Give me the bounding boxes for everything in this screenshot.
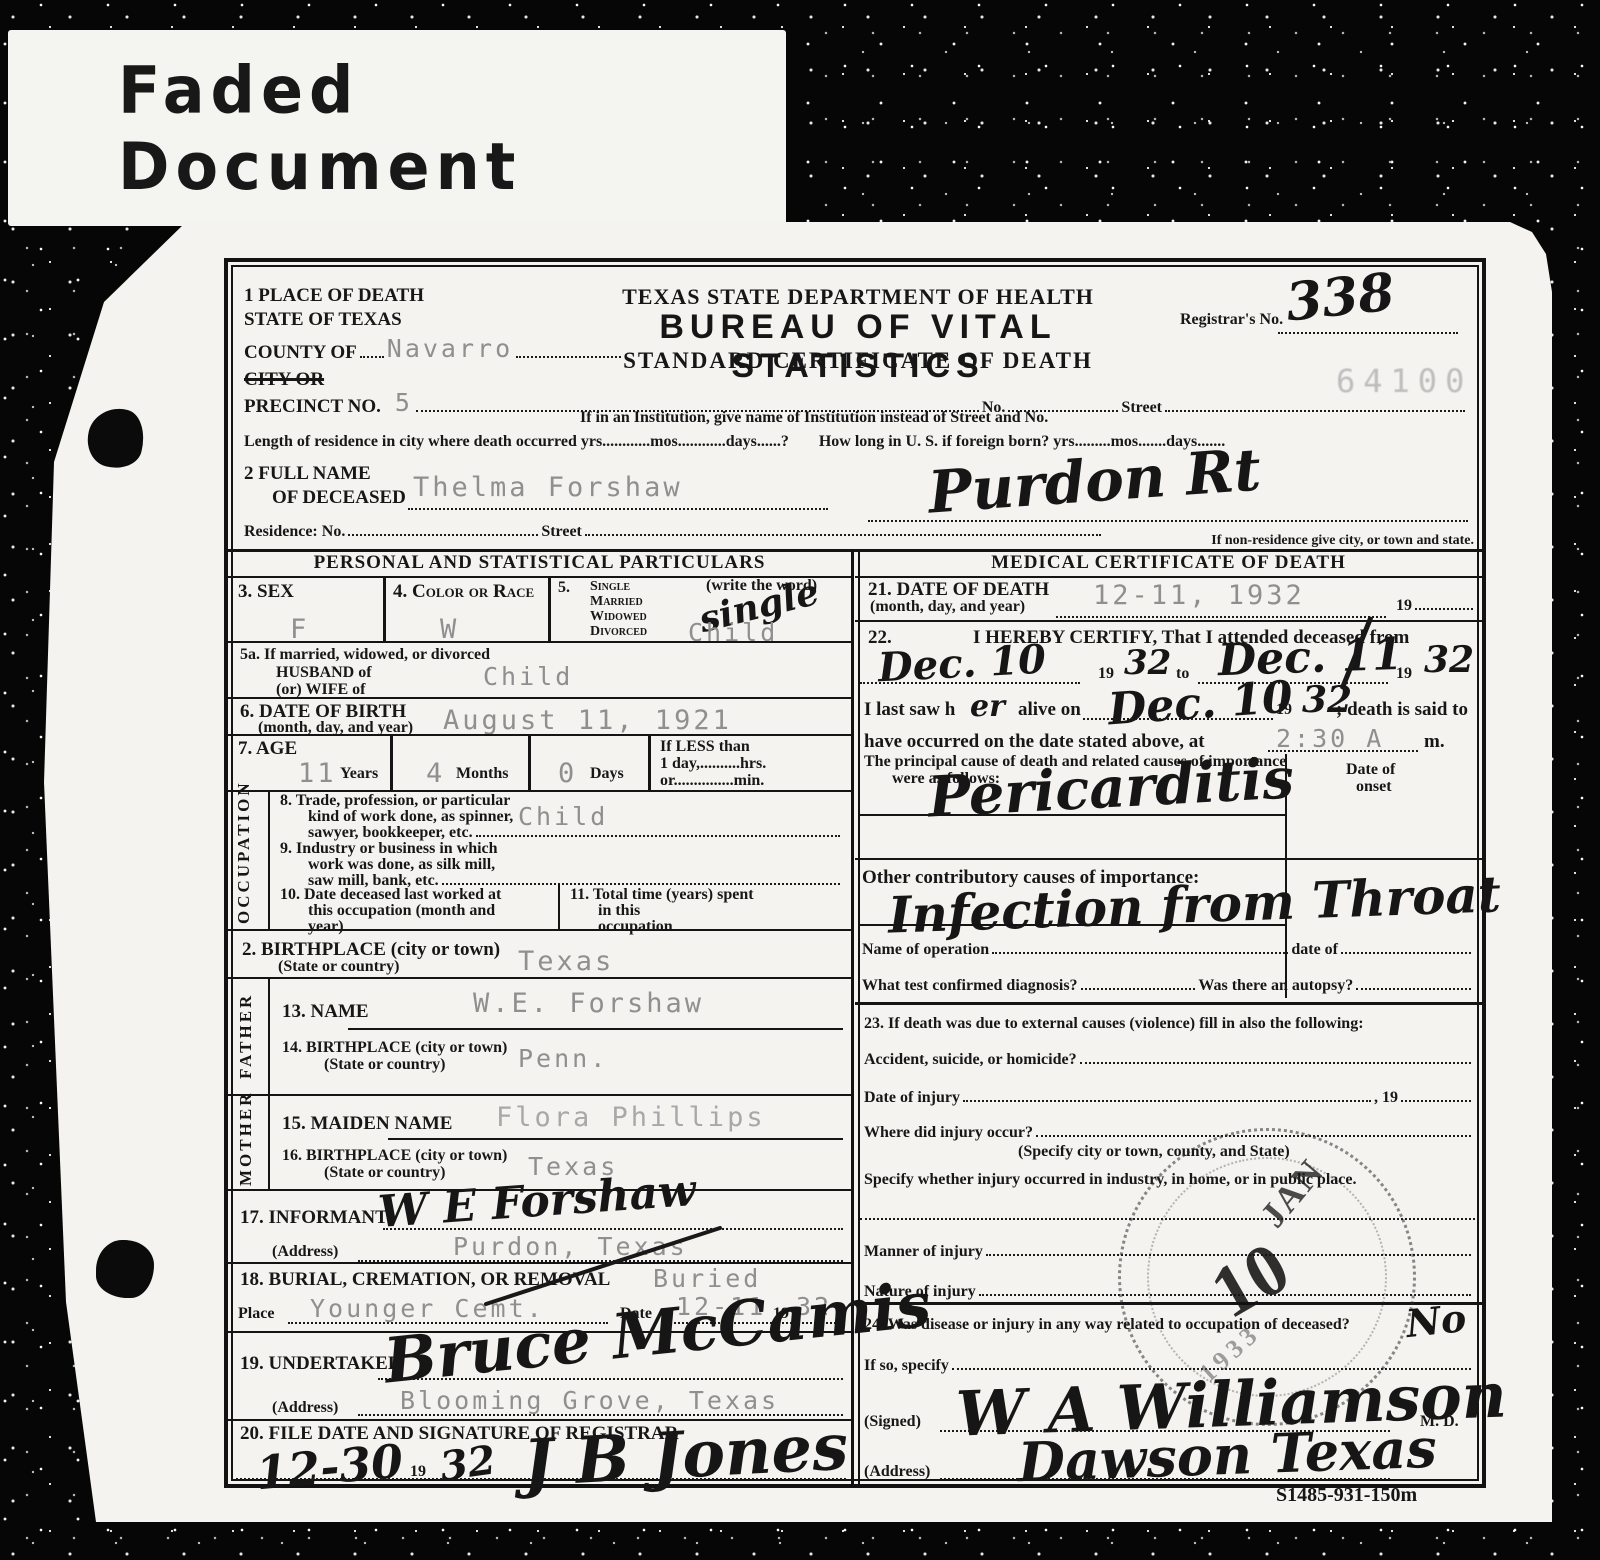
physician-address-value: Dawson Texas — [1017, 1421, 1437, 1490]
test-line: What test confirmed diagnosis? Was there… — [862, 978, 1474, 995]
personal-section-title: PERSONAL AND STATISTICAL PARTICULARS — [228, 553, 851, 573]
informant-label: 17. INFORMANT — [240, 1208, 388, 1228]
birthplace-label: 2. BIRTHPLACE (city or town) — [242, 940, 500, 960]
residence-street-label: Street — [541, 524, 582, 541]
rule — [228, 641, 851, 643]
father-name-label: 13. NAME — [282, 1002, 369, 1022]
dotted-leader — [992, 950, 1288, 954]
occ11-line3: occupation — [598, 905, 843, 936]
birthplace-value: Texas — [518, 946, 614, 977]
informant-line — [383, 1226, 843, 1230]
full-name-line — [408, 506, 828, 510]
length-label: Length of residence in city where death … — [244, 434, 577, 451]
institution-note: If in an Institution, give name of Insti… — [580, 410, 1048, 427]
precinct-value: 5 — [395, 388, 413, 417]
certify-year1-prefix: 19 — [1098, 666, 1114, 683]
dotted-leader — [1165, 408, 1465, 412]
mother-birthplace-label: 16. BIRTHPLACE (city or town) — [282, 1148, 507, 1165]
certify-year2-prefix: 19 — [1396, 666, 1412, 683]
rule — [348, 1028, 843, 1030]
cell-divider — [528, 734, 531, 790]
county-label: COUNTY OF — [244, 343, 357, 363]
hole-punch-top — [82, 402, 151, 474]
scanned-death-certificate: { "overlay": { "label": "Faded Document"… — [0, 0, 1600, 1560]
manner-injury-label: Manner of injury — [864, 1244, 983, 1261]
accident-line: Accident, suicide, or homicide? — [864, 1052, 1474, 1069]
autopsy-label: Was there an autopsy? — [1198, 978, 1353, 995]
cell-divider — [390, 734, 393, 790]
marital-widowed-label: Widowed — [590, 610, 647, 625]
father-birthplace-sublabel: (State or country) — [324, 1057, 445, 1074]
registrar-no-label: Registrar's No. — [1180, 312, 1283, 329]
onset-label-2: onset — [1356, 779, 1392, 796]
mother-vertical-label: MOTHER — [236, 1098, 256, 1186]
where-injury-line: Where did injury occur? — [864, 1125, 1474, 1142]
signed-label: (Signed) — [864, 1414, 921, 1431]
5a-husband-label: HUSBAND of — [276, 665, 372, 682]
lastsaw-label-2: alive on — [1018, 700, 1081, 720]
5a-value: Child — [483, 662, 573, 691]
title-department: TEXAS STATE DEPARTMENT OF HEALTH — [618, 284, 1098, 310]
rule — [855, 1002, 1482, 1005]
dotted-leader — [1081, 986, 1196, 990]
undertaker-label: 19. UNDERTAKER — [240, 1354, 402, 1374]
precinct-label: PRECINCT NO. — [244, 397, 381, 417]
age-less-3: or...............min. — [660, 773, 764, 790]
occ10-line3-label: year) — [308, 919, 344, 936]
marital-number: 5. — [558, 580, 570, 597]
residence-label: Residence: No. — [244, 524, 345, 541]
marital-single-label: Single — [590, 580, 630, 595]
occurred-label-1: have occurred on the date stated above, … — [864, 732, 1205, 752]
age-days-value: 0 — [558, 758, 577, 789]
lastsaw-line — [1083, 716, 1273, 720]
length-units: yrs............mos............days......… — [581, 434, 789, 451]
sex-label: 3. SEX — [238, 582, 294, 602]
dotted-leader — [348, 532, 538, 536]
registrar-file-date: 12-30 — [254, 1438, 405, 1497]
cell-divider — [383, 576, 386, 641]
dotted-leader — [360, 354, 384, 358]
cell-divider — [548, 576, 551, 641]
rule — [228, 697, 851, 699]
marital-married-label: Married — [590, 595, 643, 610]
accident-label: Accident, suicide, or homicide? — [864, 1052, 1077, 1069]
age-months-value: 4 — [426, 758, 445, 789]
certify-from-line — [860, 680, 1080, 684]
place-of-death-label: 1 PLACE OF DEATH — [244, 286, 424, 306]
cell-divider — [268, 1094, 270, 1189]
mother-maiden-value: Flora Phillips — [496, 1102, 766, 1133]
birthplace-sublabel: (State or country) — [278, 959, 399, 976]
registrar-year-value: 32 — [437, 1440, 498, 1487]
dob-value: August 11, 1921 — [443, 705, 732, 736]
residence-route-line — [868, 518, 1468, 522]
faded-document-text: Faded Document — [8, 51, 786, 204]
onset-label-1: Date of — [1346, 762, 1395, 779]
operation-line: Name of operation date of — [862, 942, 1474, 959]
dotted-leader — [1080, 1060, 1471, 1064]
race-label: 4. Color or Race — [393, 582, 534, 602]
rule — [860, 814, 1285, 816]
dod-value: 12-11, 1932 — [1093, 580, 1305, 611]
5a-label: 5a. If married, widowed, or divorced — [240, 647, 490, 664]
dod-tail-label: 19 — [1396, 598, 1412, 615]
dotted-leader — [442, 881, 840, 885]
residence-route-hand: Purdon Rt — [926, 440, 1262, 521]
dod-sublabel: (month, day, and year) — [870, 599, 1025, 616]
hole-punch-bottom — [96, 1240, 154, 1298]
residence-length-line: Length of residence in city where death … — [244, 434, 1468, 451]
burial-place-label: Place — [238, 1306, 274, 1323]
mother-maiden-label: 15. MAIDEN NAME — [282, 1114, 452, 1134]
rule — [855, 576, 1482, 578]
age-less-2: 1 day,..........hrs. — [660, 756, 766, 773]
undertaker-address-label: (Address) — [272, 1400, 338, 1417]
injury-date-tail: , 19 — [1374, 1090, 1398, 1107]
operation-date-label: date of — [1291, 942, 1338, 959]
certificate-frame: 1 PLACE OF DEATH STATE OF TEXAS COUNTY O… — [224, 258, 1486, 1488]
rule — [855, 620, 1482, 622]
test-label: What test confirmed diagnosis? — [862, 978, 1078, 995]
dotted-leader — [1401, 1098, 1471, 1102]
lastsaw-date: Dec. 10 — [1107, 676, 1294, 733]
external-causes-label: 23. If death was due to external causes … — [864, 1016, 1364, 1033]
certify-year2-value: 32 — [1424, 642, 1474, 678]
registrar-no-line — [1278, 330, 1458, 334]
rule — [228, 929, 851, 931]
dotted-leader — [476, 833, 840, 837]
dotted-leader — [1341, 950, 1471, 954]
rule — [228, 977, 851, 979]
dotted-leader — [1415, 606, 1473, 610]
title-bureau: BUREAU OF VITAL STATISTICS — [568, 308, 1148, 386]
occ10-line3: year) — [308, 905, 538, 936]
physician-address-label: (Address) — [864, 1464, 930, 1481]
father-birthplace-label: 14. BIRTHPLACE (city or town) — [282, 1040, 507, 1057]
cell-divider — [268, 790, 270, 929]
father-vertical-label: FATHER — [236, 984, 256, 1088]
age-months-label: Months — [456, 766, 508, 783]
age-days-label: Days — [590, 766, 624, 783]
lastsaw-hand-er: er — [970, 692, 1005, 722]
dotted-leader — [1356, 986, 1471, 990]
dod-label: 21. DATE OF DEATH — [868, 580, 1049, 600]
title-certificate: STANDARD CERTIFICATE OF DEATH — [618, 348, 1098, 374]
occ8-value: Child — [518, 802, 608, 831]
rule — [388, 1138, 843, 1140]
rule — [860, 924, 1285, 926]
occ11-line3-label: occupation — [598, 919, 673, 936]
age-years-label: Years — [340, 766, 378, 783]
informant-address-label: (Address) — [272, 1244, 338, 1261]
dod-tail: 19 — [1396, 598, 1476, 615]
county-line: COUNTY OF Navarro — [244, 334, 624, 363]
dotted-leader — [963, 1098, 1371, 1102]
document-paper: 1 PLACE OF DEATH STATE OF TEXAS COUNTY O… — [14, 222, 1552, 1522]
occurred-label-2: m. — [1424, 732, 1445, 752]
occupation-vertical-label: OCCUPATION — [234, 796, 254, 924]
age-years-value: 11 — [298, 758, 337, 789]
registrar-no-value: 338 — [1284, 266, 1397, 329]
lastsaw-label-1: I last saw h — [864, 700, 955, 720]
rule — [855, 858, 1482, 860]
marital-divorced-label: Divorced — [590, 625, 647, 640]
full-name-label-1: 2 FULL NAME — [244, 464, 371, 484]
registrar-signature: J B Jones — [522, 1416, 850, 1497]
full-name-value: Thelma Forshaw — [413, 472, 683, 503]
faded-document-label: Faded Document — [8, 30, 786, 226]
injury-date-line: Date of injury , 19 — [864, 1090, 1474, 1107]
lastsaw-label-3: ; death is said to — [1336, 700, 1468, 720]
if-so-label: If so, specify — [864, 1358, 949, 1375]
age-label: 7. AGE — [238, 739, 297, 759]
street-label: Street — [1121, 400, 1162, 417]
age-less-1: If LESS than — [660, 739, 750, 756]
city-or-label: CITY OR — [244, 370, 324, 390]
medical-section-title: MEDICAL CERTIFICATE OF DEATH — [855, 553, 1482, 573]
cell-divider — [558, 884, 560, 929]
state-of-texas-label: STATE OF TEXAS — [244, 310, 402, 330]
residence-line: Residence: No. Street — [244, 524, 1104, 541]
where-injury-label: Where did injury occur? — [864, 1125, 1033, 1142]
dod-line — [1056, 614, 1386, 618]
full-name-label-2: OF DECEASED — [272, 488, 406, 508]
rule — [228, 1094, 851, 1096]
cell-divider — [268, 977, 270, 1094]
father-name-value: W.E. Forshaw — [473, 988, 704, 1019]
foreign-born-label: How long in U. S. if foreign born? — [819, 434, 1049, 451]
lastsaw-year-prefix: 19 — [1276, 702, 1292, 719]
rule — [228, 734, 851, 736]
form-number: S1485-931-150m — [1276, 1484, 1417, 1507]
injury-date-label: Date of injury — [864, 1090, 960, 1107]
q24-value: No — [1404, 1299, 1468, 1343]
operation-label: Name of operation — [862, 942, 989, 959]
nonresidence-note: If non-residence give city, or town and … — [1108, 534, 1474, 549]
certify-year1-value: 32 — [1124, 646, 1171, 680]
mother-birthplace-sublabel: (State or country) — [324, 1165, 445, 1182]
dotted-leader — [585, 532, 1101, 536]
county-value: Navarro — [387, 334, 513, 363]
cell-divider — [648, 734, 651, 790]
father-birthplace-value: Penn. — [518, 1044, 608, 1073]
undertaker-address-value: Blooming Grove, Texas — [400, 1386, 779, 1415]
